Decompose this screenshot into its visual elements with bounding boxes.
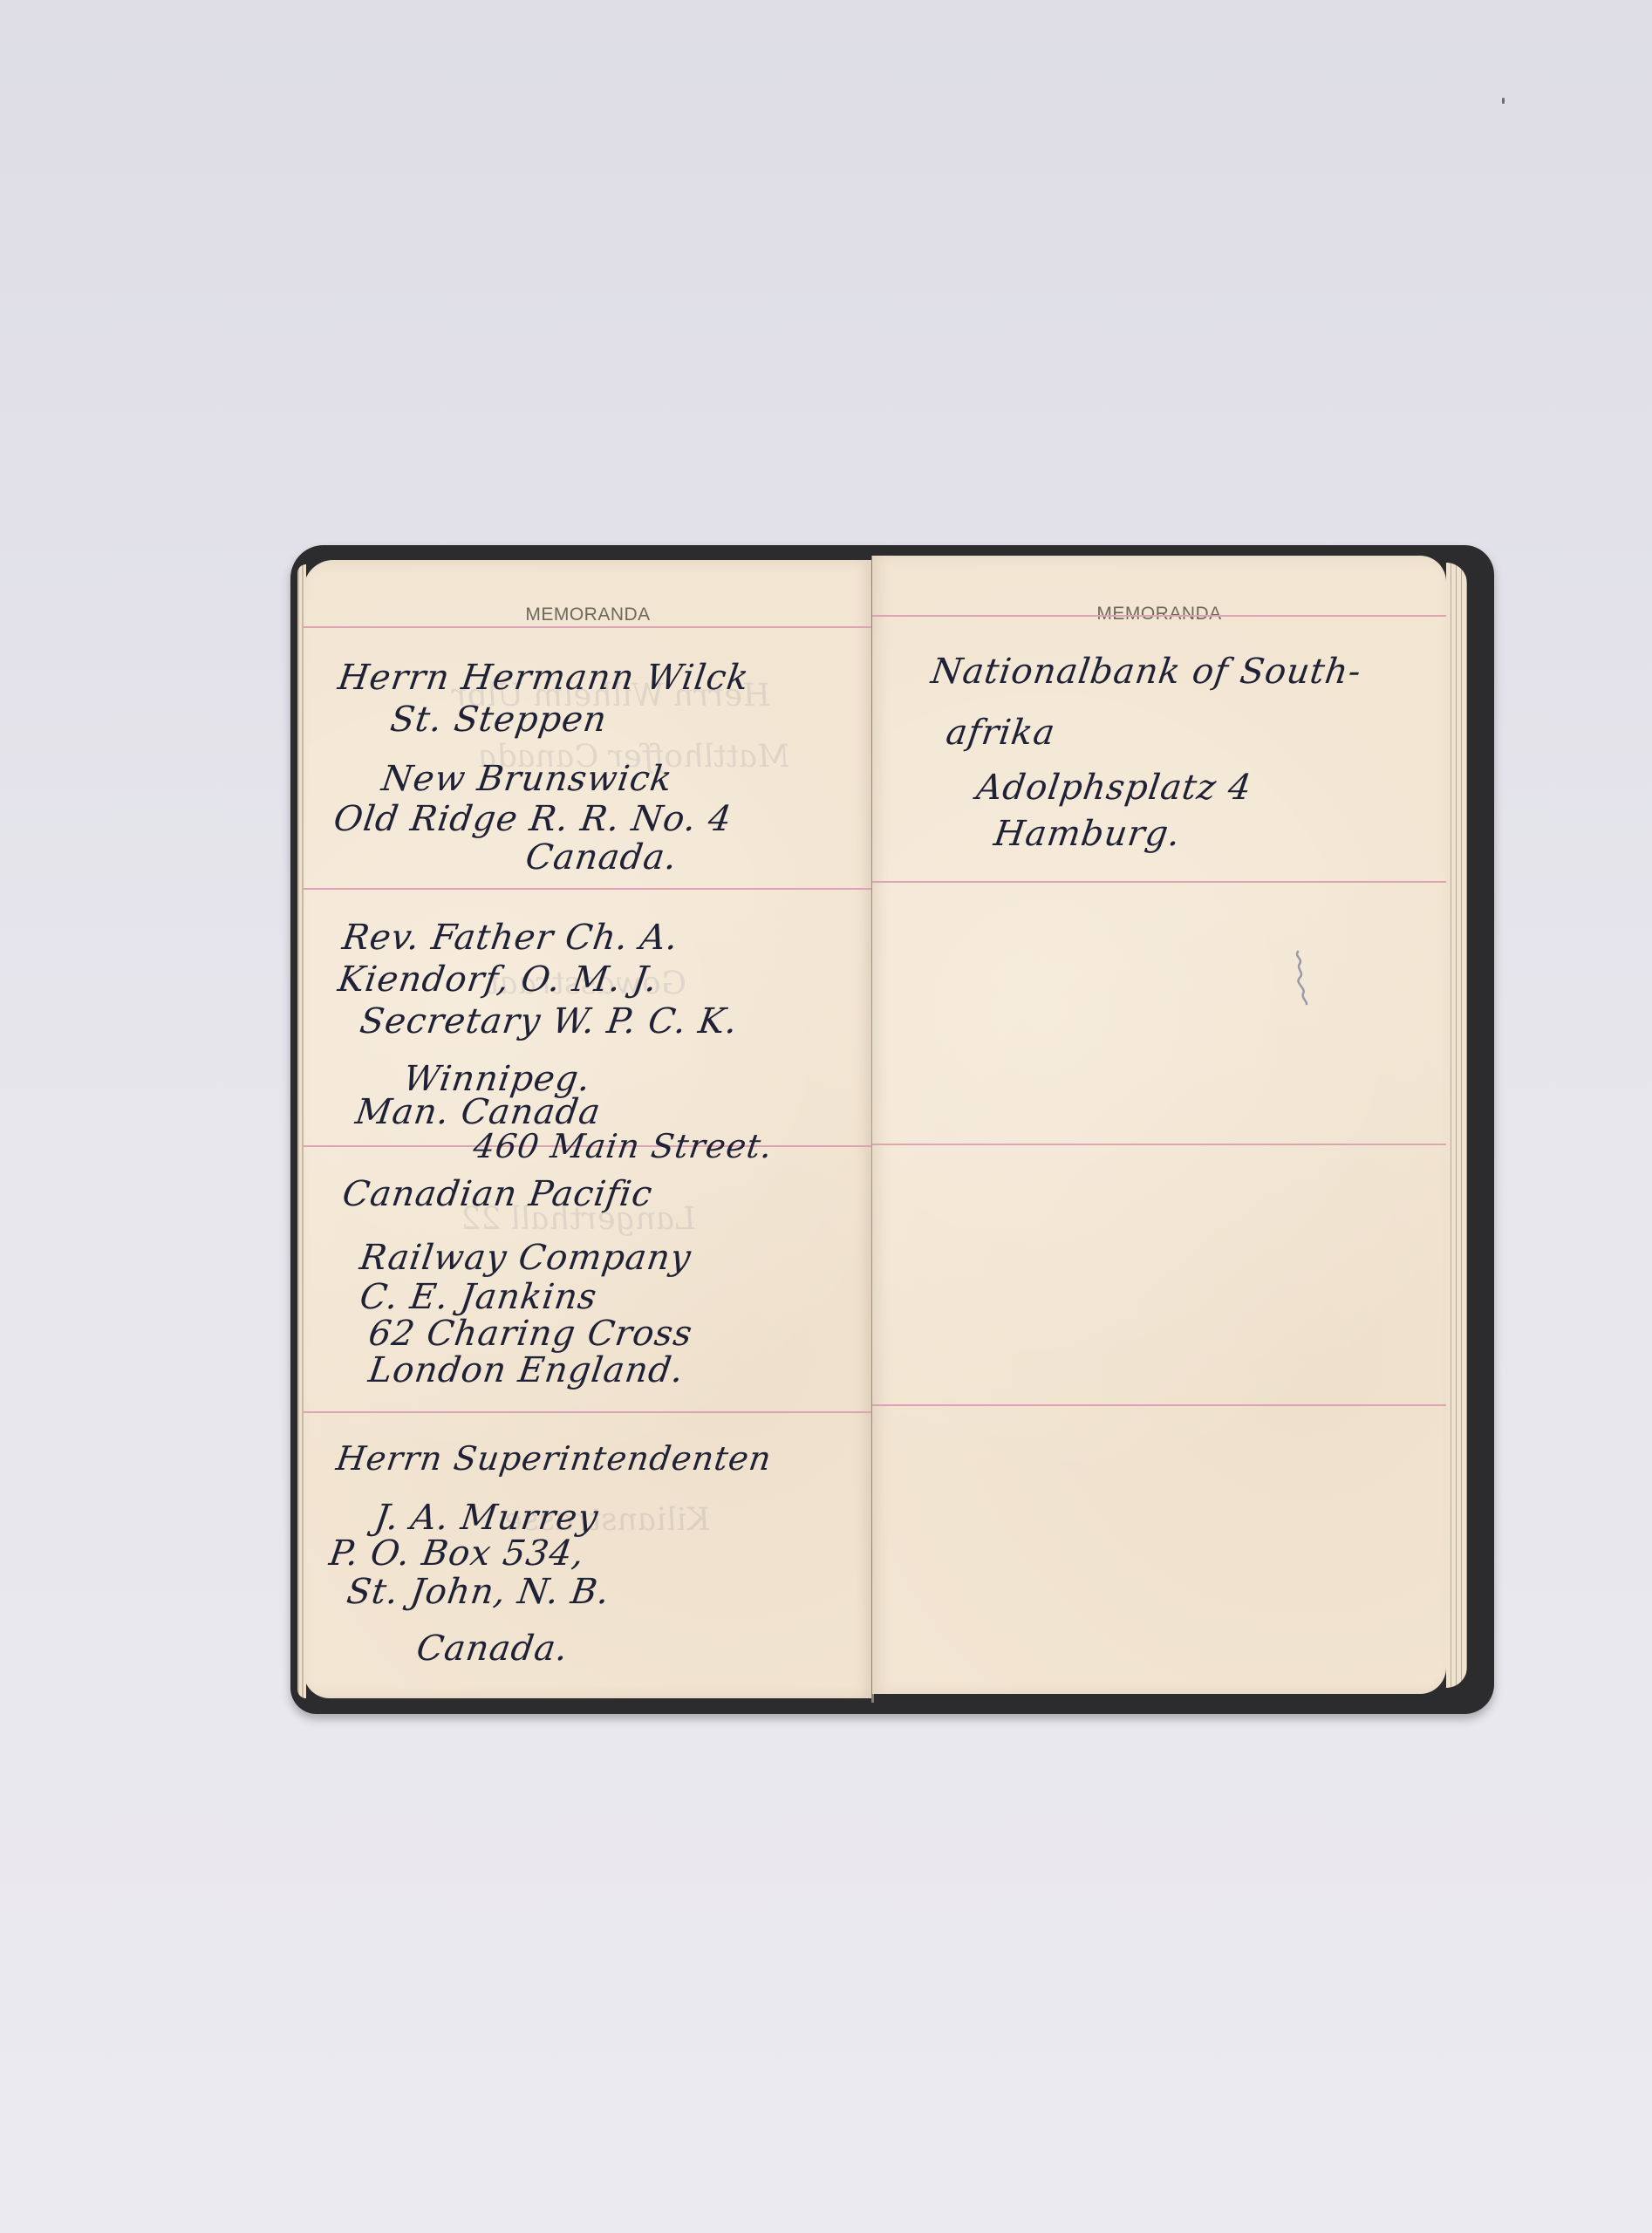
pencil-squiggle-mark — [1291, 950, 1314, 1007]
right-page: MEMORANDA Nationalbank of South- afrika … — [872, 556, 1446, 1694]
handwritten-line: London England. — [366, 1350, 686, 1390]
page-edges-right — [1446, 563, 1467, 1688]
handwritten-line: Hamburg. — [992, 814, 1184, 854]
page-header: MEMORANDA — [872, 604, 1446, 625]
handwritten-line: afrika — [944, 713, 1058, 753]
handwritten-line: Secretary W. P. C. K. — [358, 1001, 741, 1041]
rule-line — [872, 881, 1446, 883]
handwritten-line: 460 Main Street. — [471, 1127, 775, 1165]
handwritten-line: Herrn Superintendenten — [334, 1439, 775, 1478]
handwritten-line: Adolphsplatz 4 — [974, 768, 1254, 808]
handwritten-line: Rev. Father Ch. A. — [340, 918, 681, 958]
rule-line — [304, 888, 872, 890]
scan-speck — [1502, 98, 1505, 104]
handwritten-line: Canadian Pacific — [340, 1174, 655, 1214]
handwritten-line: Canada. — [523, 837, 680, 877]
handwritten-line: Herrn Hermann Wilck — [336, 658, 752, 698]
handwritten-line: St. Steppen — [388, 700, 610, 740]
rule-line — [304, 1411, 872, 1413]
rule-line — [872, 615, 1446, 617]
handwritten-line: St. John, N. B. — [345, 1572, 612, 1612]
notebook: MEMORANDA Herrn Wilhelm Ulbr Mattlhoffer… — [290, 545, 1494, 1714]
handwritten-line: New Brunswick — [379, 759, 675, 799]
handwritten-line: Kiendorf, O. M. J. — [336, 959, 660, 1000]
handwritten-line: Railway Company — [358, 1238, 694, 1278]
rule-line — [304, 626, 872, 628]
page-header: MEMORANDA — [304, 604, 872, 625]
handwritten-line: Old Ridge R. R. No. 4 — [331, 799, 734, 839]
handwritten-line: J. A. Murrey — [372, 1498, 601, 1538]
handwritten-line: P. O. Box 534, — [327, 1533, 587, 1574]
rule-line — [872, 1144, 1446, 1145]
handwritten-line: Nationalbank of South- — [929, 652, 1364, 692]
handwritten-line: Canada. — [414, 1629, 571, 1669]
handwritten-line: 62 Charing Cross — [366, 1314, 695, 1354]
handwritten-line: C. E. Jankins — [358, 1277, 600, 1317]
left-page: MEMORANDA Herrn Wilhelm Ulbr Mattlhoffer… — [304, 560, 872, 1698]
rule-line — [872, 1404, 1446, 1406]
